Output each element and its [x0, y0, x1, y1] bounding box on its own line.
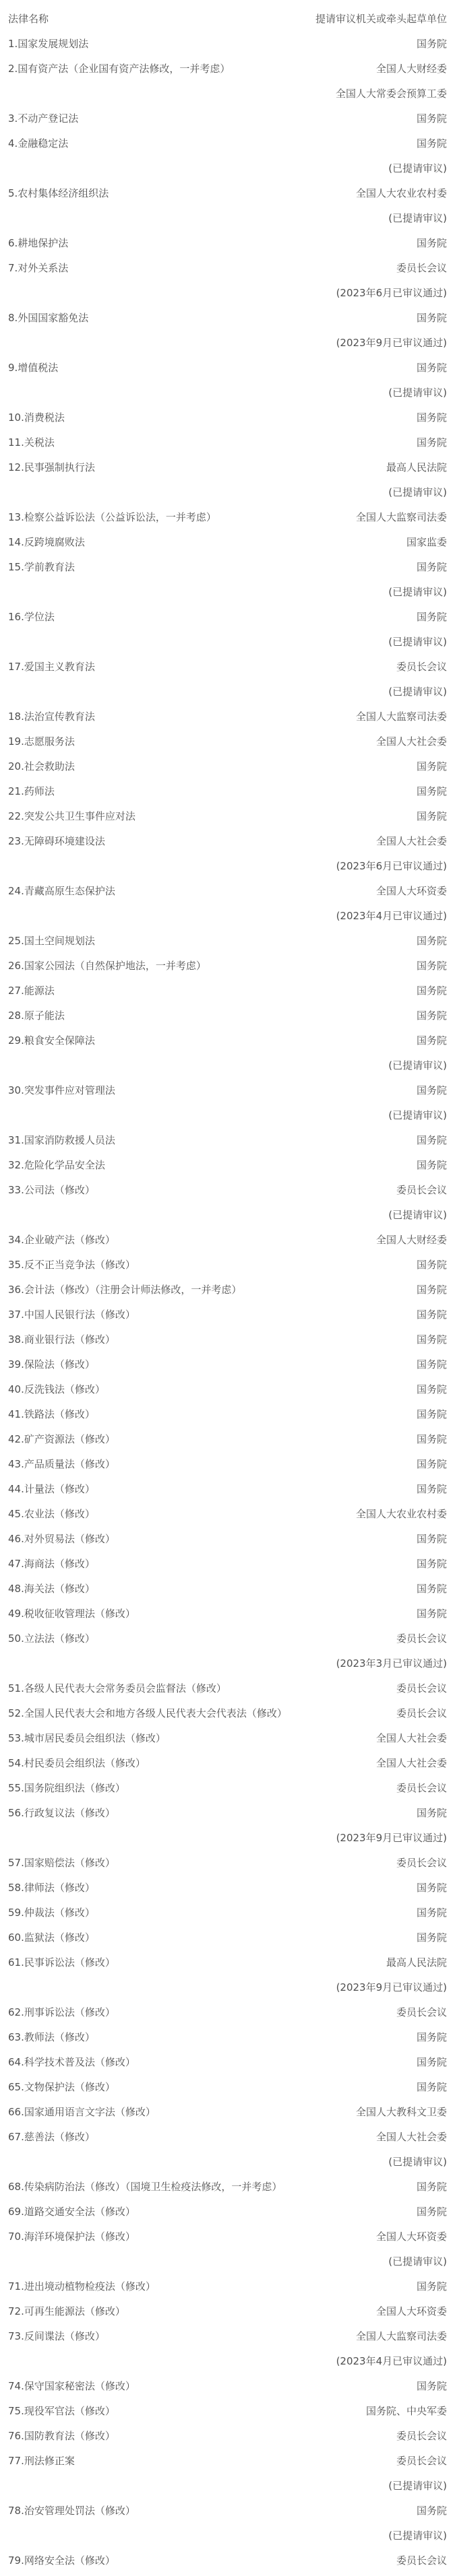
- agency-cell: 国务院: [135, 809, 447, 823]
- table-row: 73.反间谍法（修改） 全国人大监察司法委: [8, 2323, 447, 2348]
- table-row: 30.突发事件应对管理法 国务院: [8, 1078, 447, 1102]
- agency-cell: (已提请审议): [8, 161, 447, 175]
- agency-cell: (已提请审议): [8, 2154, 447, 2169]
- agency-cell: 委员长会议: [115, 2429, 447, 2443]
- table-row: 78.治安管理处罚法（修改） 国务院: [8, 2498, 447, 2523]
- table-row: 31.国家消防救援人员法 国务院: [8, 1127, 447, 1152]
- agency-cell: 国务院: [105, 1382, 447, 1396]
- law-name-cell: 48.海关法（修改）: [8, 1581, 95, 1595]
- agency-cell: (已提请审议): [8, 585, 447, 599]
- agency-cell: 国务院: [135, 1606, 447, 1620]
- law-name-cell: 57.国家赔偿法（修改）: [8, 1855, 115, 1870]
- table-row: 2.国有资产法（企业国有资产法修改，一并考虑） 全国人大财经委: [8, 56, 447, 81]
- agency-cell: 国务院: [68, 136, 447, 150]
- agency-cell: (已提请审议): [8, 2478, 447, 2492]
- table-row: (已提请审议): [8, 380, 447, 405]
- law-name-cell: 54.村民委员会组织法（修改）: [8, 1756, 146, 1770]
- law-name-cell: 42.矿产资源法（修改）: [8, 1432, 115, 1446]
- agency-cell: 委员长会议: [68, 261, 447, 275]
- header-law-name: 法律名称: [8, 11, 49, 26]
- table-row: (2023年4月已审议通过): [8, 2348, 447, 2373]
- law-name-cell: 41.铁路法（修改）: [8, 1407, 95, 1421]
- table-row: (2023年6月已审议通过): [8, 280, 447, 305]
- agency-cell: 委员长会议: [115, 1855, 447, 1870]
- table-row: 35.反不正当竞争法（修改） 国务院: [8, 1252, 447, 1277]
- table-row: 4.金融稳定法 国务院: [8, 131, 447, 156]
- table-row: 39.保险法（修改） 国务院: [8, 1352, 447, 1377]
- table-row: 64.科学技术普及法（修改） 国务院: [8, 2049, 447, 2074]
- law-name-cell: 1.国家发展规划法: [8, 36, 88, 51]
- agency-cell: 国务院: [115, 1083, 447, 1097]
- agency-cell: 委员长会议: [75, 2453, 447, 2468]
- agency-cell: (已提请审议): [8, 1208, 447, 1222]
- law-name-cell: 65.文物保护法（修改）: [8, 2080, 115, 2094]
- law-name-cell: 59.仲裁法（修改）: [8, 1905, 95, 1919]
- table-header-row: 法律名称 提请审议机关或牵头起草单位: [8, 6, 447, 31]
- table-row: 19.志愿服务法 全国人大社会委: [8, 729, 447, 754]
- table-row: 34.企业破产法（修改） 全国人大财经委: [8, 1227, 447, 1252]
- table-row: 45.农业法（修改） 全国人大农业农村委: [8, 1501, 447, 1526]
- agency-cell: 委员长会议: [115, 2553, 447, 2567]
- agency-cell: 全国人大环资委: [125, 2304, 447, 2318]
- law-name-cell: 53.城市居民委员会组织法（修改）: [8, 1731, 166, 1745]
- agency-cell: (2023年4月已审议通过): [8, 2354, 447, 2368]
- agency-cell: 国务院: [95, 2030, 447, 2044]
- agency-cell: 委员长会议: [115, 2005, 447, 2019]
- table-row: 49.税收征收管理法（修改） 国务院: [8, 1601, 447, 1626]
- law-name-cell: 5.农村集体经济组织法: [8, 186, 109, 200]
- law-name-cell: 34.企业破产法（修改）: [8, 1232, 115, 1247]
- law-name-cell: 4.金融稳定法: [8, 136, 68, 150]
- table-row: 69.道路交通安全法（修改） 国务院: [8, 2199, 447, 2224]
- agency-cell: 委员长会议: [226, 1681, 447, 1695]
- law-name-cell: 31.国家消防救援人员法: [8, 1133, 115, 1147]
- table-row: 46.对外贸易法（修改） 国务院: [8, 1526, 447, 1551]
- agency-cell: 国务院: [68, 236, 447, 250]
- agency-cell: 委员长会议: [95, 1183, 447, 1197]
- table-row: (2023年6月已审议通过): [8, 853, 447, 878]
- agency-cell: 全国人大社会委: [166, 1731, 447, 1745]
- law-name-cell: 66.国家通用语言文字法（修改）: [8, 2105, 156, 2119]
- law-name-cell: 8.外国国家豁免法: [8, 310, 88, 325]
- law-name-cell: 23.无障碍环境建设法: [8, 834, 105, 848]
- law-name-cell: 22.突发公共卫生事件应对法: [8, 809, 135, 823]
- agency-cell: 国务院: [95, 1556, 447, 1571]
- table-row: 60.监狱法（修改） 国务院: [8, 1925, 447, 1950]
- agency-cell: 全国人大环资委: [135, 2229, 447, 2243]
- table-row: (已提请审议): [8, 579, 447, 604]
- table-row: (已提请审议): [8, 2249, 447, 2274]
- law-table-body: 1.国家发展规划法 国务院 2.国有资产法（企业国有资产法修改，一并考虑） 全国…: [8, 31, 447, 2573]
- agency-cell: 国务院: [105, 1158, 447, 1172]
- agency-cell: (已提请审议): [8, 485, 447, 499]
- table-row: 37.中国人民银行法（修改） 国务院: [8, 1302, 447, 1327]
- table-row: 10.消费税法 国务院: [8, 405, 447, 430]
- law-name-cell: 17.爱国主义教育法: [8, 659, 95, 673]
- law-name-cell: 78.治安管理处罚法（修改）: [8, 2503, 135, 2517]
- table-row: 25.国土空间规划法 国务院: [8, 928, 447, 953]
- agency-cell: 最高人民法院: [115, 1955, 447, 1969]
- agency-cell: 国务院: [55, 609, 447, 624]
- agency-cell: 最高人民法院: [95, 460, 447, 474]
- agency-cell: (2023年6月已审议通过): [8, 286, 447, 300]
- table-row: 33.公司法（修改） 委员长会议: [8, 1177, 447, 1202]
- table-row: 61.民事诉讼法（修改） 最高人民法院: [8, 1950, 447, 1975]
- agency-cell: 全国人大社会委: [105, 834, 447, 848]
- agency-cell: 委员长会议: [287, 1706, 447, 1720]
- agency-cell: 国务院: [95, 1581, 447, 1595]
- table-row: 54.村民委员会组织法（修改） 全国人大社会委: [8, 1750, 447, 1775]
- law-name-cell: 51.各级人民代表大会常务委员会监督法（修改）: [8, 1681, 226, 1695]
- agency-cell: (已提请审议): [8, 634, 447, 649]
- law-name-cell: 14.反跨境腐败法: [8, 535, 85, 549]
- agency-cell: 国务院: [115, 1432, 447, 1446]
- agency-cell: 全国人大财经委: [115, 1232, 447, 1247]
- agency-cell: 委员长会议: [125, 1781, 447, 1795]
- agency-cell: 全国人大社会委: [75, 734, 447, 748]
- table-row: 5.农村集体经济组织法 全国人大农业农村委: [8, 180, 447, 205]
- law-name-cell: 29.粮食安全保障法: [8, 1033, 95, 1047]
- law-name-cell: 32.危险化学品安全法: [8, 1158, 105, 1172]
- table-row: 21.药师法 国务院: [8, 779, 447, 803]
- agency-cell: 国务院: [88, 36, 447, 51]
- table-row: 79.网络安全法（修改） 委员长会议: [8, 2548, 447, 2573]
- table-row: 41.铁路法（修改） 国务院: [8, 1401, 447, 1426]
- agency-cell: (已提请审议): [8, 2254, 447, 2268]
- table-row: 52.全国人民代表大会和地方各级人民代表大会代表法（修改） 委员长会议: [8, 1700, 447, 1725]
- agency-cell: 国务院: [95, 1880, 447, 1894]
- law-name-cell: 43.产品质量法（修改）: [8, 1457, 115, 1471]
- table-row: 11.关税法 国务院: [8, 430, 447, 455]
- law-name-cell: 50.立法法（修改）: [8, 1631, 95, 1645]
- agency-cell: 全国人大环资委: [115, 884, 447, 898]
- agency-cell: (已提请审议): [8, 2528, 447, 2542]
- header-agency: 提请审议机关或牵头起草单位: [49, 11, 447, 26]
- agency-cell: 全国人大农业农村委: [109, 186, 447, 200]
- law-name-cell: 26.国家公园法（自然保护地法，一并考虑）: [8, 958, 206, 972]
- table-row: 18.法治宣传教育法 全国人大监察司法委: [8, 704, 447, 729]
- table-row: 43.产品质量法（修改） 国务院: [8, 1451, 447, 1476]
- agency-cell: 国务院: [135, 2204, 447, 2218]
- law-name-cell: 79.网络安全法（修改）: [8, 2553, 115, 2567]
- law-name-cell: 25.国土空间规划法: [8, 933, 95, 948]
- table-row: 全国人大常委会预算工委: [8, 81, 447, 106]
- agency-cell: (2023年3月已审议通过): [8, 1656, 447, 1670]
- agency-cell: 国务院: [95, 1033, 447, 1047]
- agency-cell: 国务院: [75, 560, 447, 574]
- table-row: 29.粮食安全保障法 国务院: [8, 1028, 447, 1053]
- table-row: 26.国家公园法（自然保护地法，一并考虑） 国务院: [8, 953, 447, 978]
- agency-cell: 全国人大监察司法委: [105, 2329, 447, 2343]
- law-name-cell: 68.传染病防治法（修改）（国境卫生检疫法修改，一并考虑）: [8, 2179, 282, 2193]
- table-row: (已提请审议): [8, 629, 447, 654]
- agency-cell: 全国人大社会委: [95, 2129, 447, 2144]
- law-name-cell: 11.关税法: [8, 435, 55, 449]
- table-row: 62.刑事诉讼法（修改） 委员长会议: [8, 2000, 447, 2024]
- law-name-cell: 75.现役军官法（修改）: [8, 2404, 115, 2418]
- agency-cell: 国务院: [95, 933, 447, 948]
- table-row: 17.爱国主义教育法 委员长会议: [8, 654, 447, 679]
- table-row: 40.反洗钱法（修改） 国务院: [8, 1377, 447, 1401]
- law-name-cell: 44.计量法（修改）: [8, 1482, 95, 1496]
- law-name-cell: 76.国防教育法（修改）: [8, 2429, 115, 2443]
- law-name-cell: 3.不动产登记法: [8, 111, 78, 125]
- law-name-cell: 39.保险法（修改）: [8, 1357, 95, 1371]
- agency-cell: (已提请审议): [8, 211, 447, 225]
- law-name-cell: 6.耕地保护法: [8, 236, 68, 250]
- table-row: 27.能源法 国务院: [8, 978, 447, 1003]
- agency-cell: 国务院: [115, 1806, 447, 1820]
- law-name-cell: 58.律师法（修改）: [8, 1880, 95, 1894]
- agency-cell: 国务院: [55, 435, 447, 449]
- law-name-cell: 55.国务院组织法（修改）: [8, 1781, 125, 1795]
- law-name-cell: 37.中国人民银行法（修改）: [8, 1307, 135, 1321]
- agency-cell: 国务院: [95, 1407, 447, 1421]
- table-row: 12.民事强制执行法 最高人民法院: [8, 455, 447, 480]
- agency-cell: 全国人大常委会预算工委: [8, 86, 447, 100]
- law-name-cell: 72.可再生能源法（修改）: [8, 2304, 125, 2318]
- law-name-cell: 21.药师法: [8, 784, 55, 798]
- law-name-cell: 13.检察公益诉讼法（公益诉讼法，一并考虑）: [8, 510, 216, 524]
- law-name-cell: 18.法治宣传教育法: [8, 709, 95, 723]
- agency-cell: 国务院: [135, 1257, 447, 1272]
- agency-cell: 国务院: [65, 410, 447, 424]
- law-name-cell: 40.反洗钱法（修改）: [8, 1382, 105, 1396]
- table-row: 38.商业银行法（修改） 国务院: [8, 1327, 447, 1352]
- agency-cell: 国务院: [135, 2503, 447, 2517]
- table-row: 20.社会救助法 国务院: [8, 754, 447, 779]
- law-name-cell: 2.国有资产法（企业国有资产法修改，一并考虑）: [8, 61, 230, 75]
- law-name-cell: 62.刑事诉讼法（修改）: [8, 2005, 115, 2019]
- table-row: 7.对外关系法 委员长会议: [8, 255, 447, 280]
- table-row: 74.保守国家秘密法（修改） 国务院: [8, 2373, 447, 2398]
- table-row: 16.学位法 国务院: [8, 604, 447, 629]
- law-name-cell: 77.刑法修正案: [8, 2453, 75, 2468]
- agency-cell: 国务院: [241, 1282, 447, 1296]
- agency-cell: (2023年6月已审议通过): [8, 859, 447, 873]
- law-name-cell: 45.农业法（修改）: [8, 1507, 95, 1521]
- agency-cell: (2023年4月已审议通过): [8, 909, 447, 923]
- law-name-cell: 64.科学技术普及法（修改）: [8, 2055, 135, 2069]
- table-row: 59.仲裁法（修改） 国务院: [8, 1900, 447, 1925]
- table-row: 44.计量法（修改） 国务院: [8, 1476, 447, 1501]
- table-row: 50.立法法（修改） 委员长会议: [8, 1626, 447, 1651]
- law-name-cell: 73.反间谍法（修改）: [8, 2329, 105, 2343]
- agency-cell: 国务院: [95, 1357, 447, 1371]
- agency-cell: 国务院: [88, 310, 447, 325]
- law-name-cell: 27.能源法: [8, 983, 55, 997]
- table-row: 70.海洋环境保护法（修改） 全国人大环资委: [8, 2224, 447, 2249]
- table-row: 28.原子能法 国务院: [8, 1003, 447, 1028]
- table-row: (已提请审议): [8, 156, 447, 180]
- agency-cell: 委员长会议: [95, 1631, 447, 1645]
- table-row: 71.进出境动植物检疫法（修改） 国务院: [8, 2274, 447, 2299]
- law-name-cell: 33.公司法（修改）: [8, 1183, 95, 1197]
- agency-cell: 国务院: [135, 2055, 447, 2069]
- table-row: 51.各级人民代表大会常务委员会监督法（修改） 委员长会议: [8, 1676, 447, 1700]
- law-name-cell: 67.慈善法（修改）: [8, 2129, 95, 2144]
- table-row: 55.国务院组织法（修改） 委员长会议: [8, 1775, 447, 1800]
- agency-cell: 国务院: [156, 2279, 447, 2293]
- agency-cell: (已提请审议): [8, 385, 447, 399]
- law-name-cell: 7.对外关系法: [8, 261, 68, 275]
- agency-cell: 国务院: [95, 1905, 447, 1919]
- agency-cell: 国务院: [115, 1332, 447, 1346]
- table-row: 66.国家通用语言文字法（修改） 全国人大教科文卫委: [8, 2099, 447, 2124]
- agency-cell: 国务院: [75, 759, 447, 773]
- agency-cell: 国务院: [55, 784, 447, 798]
- law-name-cell: 28.原子能法: [8, 1008, 65, 1022]
- law-name-cell: 70.海洋环境保护法（修改）: [8, 2229, 135, 2243]
- agency-cell: 国务院: [55, 983, 447, 997]
- table-row: (已提请审议): [8, 480, 447, 504]
- table-row: 6.耕地保护法 国务院: [8, 230, 447, 255]
- agency-cell: (2023年9月已审议通过): [8, 1830, 447, 1845]
- table-row: 76.国防教育法（修改） 委员长会议: [8, 2423, 447, 2448]
- law-name-cell: 35.反不正当竞争法（修改）: [8, 1257, 135, 1272]
- law-name-cell: 71.进出境动植物检疫法（修改）: [8, 2279, 156, 2293]
- agency-cell: 国务院: [135, 2379, 447, 2393]
- agency-cell: 国务院: [115, 1133, 447, 1147]
- table-row: 22.突发公共卫生事件应对法 国务院: [8, 803, 447, 828]
- law-name-cell: 24.青藏高原生态保护法: [8, 884, 115, 898]
- agency-cell: 国务院: [65, 1008, 447, 1022]
- table-row: 1.国家发展规划法 国务院: [8, 31, 447, 56]
- law-name-cell: 36.会计法（修改）（注册会计师法修改，一并考虑）: [8, 1282, 241, 1296]
- table-row: (已提请审议): [8, 205, 447, 230]
- law-name-cell: 52.全国人民代表大会和地方各级人民代表大会代表法（修改）: [8, 1706, 287, 1720]
- law-name-cell: 20.社会救助法: [8, 759, 75, 773]
- agency-cell: 国务院: [115, 1531, 447, 1546]
- law-name-cell: 15.学前教育法: [8, 560, 75, 574]
- table-row: (已提请审议): [8, 2149, 447, 2174]
- table-row: (已提请审议): [8, 2473, 447, 2498]
- agency-cell: (2023年9月已审议通过): [8, 1980, 447, 1994]
- table-row: 13.检察公益诉讼法（公益诉讼法，一并考虑） 全国人大监察司法委: [8, 504, 447, 529]
- agency-cell: 国务院: [95, 1482, 447, 1496]
- table-row: 57.国家赔偿法（修改） 委员长会议: [8, 1850, 447, 1875]
- agency-cell: (已提请审议): [8, 684, 447, 698]
- agency-cell: 全国人大监察司法委: [216, 510, 447, 524]
- table-row: 23.无障碍环境建设法 全国人大社会委: [8, 828, 447, 853]
- law-name-cell: 60.监狱法（修改）: [8, 1930, 95, 1944]
- table-row: 14.反跨境腐败法 国家监委: [8, 529, 447, 554]
- agency-cell: 国务院: [206, 958, 447, 972]
- law-name-cell: 47.海商法（修改）: [8, 1556, 95, 1571]
- table-row: 24.青藏高原生态保护法 全国人大环资委: [8, 878, 447, 903]
- agency-cell: 国务院: [135, 1307, 447, 1321]
- table-row: 65.文物保护法（修改） 国务院: [8, 2074, 447, 2099]
- law-name-cell: 61.民事诉讼法（修改）: [8, 1955, 115, 1969]
- law-name-cell: 46.对外贸易法（修改）: [8, 1531, 115, 1546]
- agency-cell: 委员长会议: [95, 659, 447, 673]
- table-row: 36.会计法（修改）（注册会计师法修改，一并考虑） 国务院: [8, 1277, 447, 1302]
- table-row: 63.教师法（修改） 国务院: [8, 2024, 447, 2049]
- table-row: (2023年9月已审议通过): [8, 1975, 447, 2000]
- agency-cell: 国务院、中央军委: [115, 2404, 447, 2418]
- law-name-cell: 38.商业银行法（修改）: [8, 1332, 115, 1346]
- law-name-cell: 56.行政复议法（修改）: [8, 1806, 115, 1820]
- table-row: (已提请审议): [8, 679, 447, 704]
- table-row: (已提请审议): [8, 1053, 447, 1078]
- law-name-cell: 16.学位法: [8, 609, 55, 624]
- table-row: 58.律师法（修改） 国务院: [8, 1875, 447, 1900]
- legislation-plan-table: 法律名称 提请审议机关或牵头起草单位 1.国家发展规划法 国务院 2.国有资产法…: [0, 0, 455, 2573]
- table-row: (2023年4月已审议通过): [8, 903, 447, 928]
- agency-cell: (已提请审议): [8, 1058, 447, 1072]
- agency-cell: 国务院: [95, 1930, 447, 1944]
- table-row: 9.增值税法 国务院: [8, 355, 447, 380]
- table-row: 68.传染病防治法（修改）（国境卫生检疫法修改，一并考虑） 国务院: [8, 2174, 447, 2199]
- table-row: 67.慈善法（修改） 全国人大社会委: [8, 2124, 447, 2149]
- agency-cell: (2023年9月已审议通过): [8, 335, 447, 350]
- agency-cell: 国务院: [78, 111, 447, 125]
- agency-cell: 国家监委: [85, 535, 447, 549]
- table-row: (2023年9月已审议通过): [8, 330, 447, 355]
- agency-cell: 国务院: [282, 2179, 447, 2193]
- law-name-cell: 74.保守国家秘密法（修改）: [8, 2379, 135, 2393]
- table-row: (已提请审议): [8, 2523, 447, 2548]
- law-name-cell: 69.道路交通安全法（修改）: [8, 2204, 135, 2218]
- table-row: (2023年3月已审议通过): [8, 1651, 447, 1676]
- table-row: 53.城市居民委员会组织法（修改） 全国人大社会委: [8, 1725, 447, 1750]
- table-row: 48.海关法（修改） 国务院: [8, 1576, 447, 1601]
- agency-cell: 国务院: [115, 1457, 447, 1471]
- law-name-cell: 12.民事强制执行法: [8, 460, 95, 474]
- law-name-cell: 49.税收征收管理法（修改）: [8, 1606, 135, 1620]
- agency-cell: 全国人大财经委: [230, 61, 447, 75]
- table-row: 75.现役军官法（修改） 国务院、中央军委: [8, 2398, 447, 2423]
- table-row: 56.行政复议法（修改） 国务院: [8, 1800, 447, 1825]
- law-name-cell: 9.增值税法: [8, 360, 58, 374]
- table-row: 42.矿产资源法（修改） 国务院: [8, 1426, 447, 1451]
- agency-cell: 全国人大社会委: [146, 1756, 447, 1770]
- table-row: 72.可再生能源法（修改） 全国人大环资委: [8, 2299, 447, 2323]
- agency-cell: (已提请审议): [8, 1108, 447, 1122]
- table-row: (已提请审议): [8, 1102, 447, 1127]
- agency-cell: 全国人大教科文卫委: [156, 2105, 447, 2119]
- agency-cell: 国务院: [115, 2080, 447, 2094]
- law-name-cell: 30.突发事件应对管理法: [8, 1083, 115, 1097]
- agency-cell: 国务院: [58, 360, 447, 374]
- table-row: (已提请审议): [8, 1202, 447, 1227]
- table-row: 47.海商法（修改） 国务院: [8, 1551, 447, 1576]
- law-name-cell: 19.志愿服务法: [8, 734, 75, 748]
- table-row: 3.不动产登记法 国务院: [8, 106, 447, 131]
- table-row: (2023年9月已审议通过): [8, 1825, 447, 1850]
- table-row: 77.刑法修正案 委员长会议: [8, 2448, 447, 2473]
- law-name-cell: 10.消费税法: [8, 410, 65, 424]
- table-row: 8.外国国家豁免法 国务院: [8, 305, 447, 330]
- table-row: 32.危险化学品安全法 国务院: [8, 1152, 447, 1177]
- law-name-cell: 63.教师法（修改）: [8, 2030, 95, 2044]
- agency-cell: 全国人大监察司法委: [95, 709, 447, 723]
- agency-cell: 全国人大农业农村委: [95, 1507, 447, 1521]
- table-row: 15.学前教育法 国务院: [8, 554, 447, 579]
